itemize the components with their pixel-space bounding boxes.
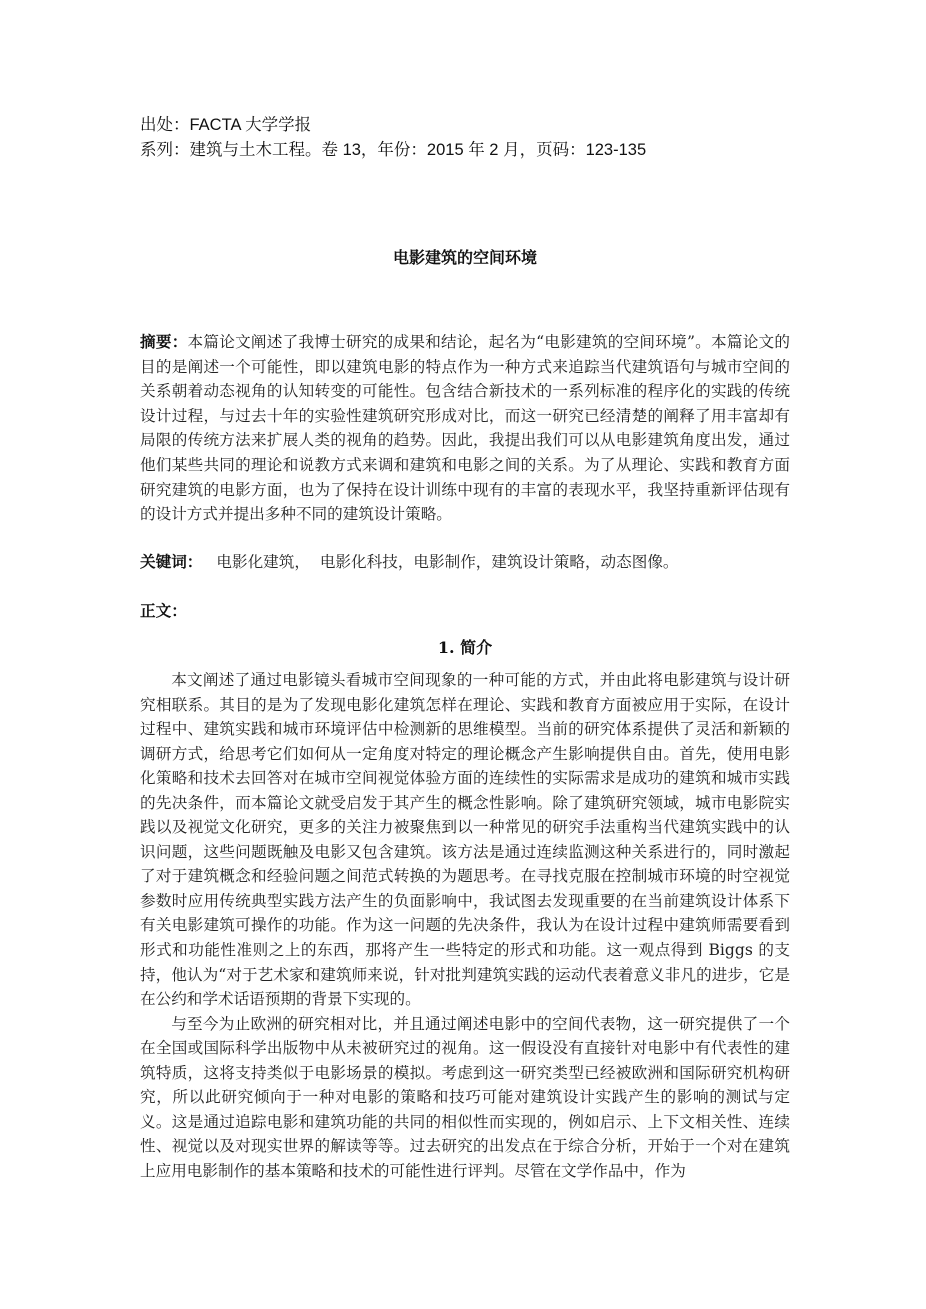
paragraph: 与至今为止欧洲的研究相对比，并且通过阐述电影中的空间代表物，这一研究提供了一个在… bbox=[140, 1012, 790, 1184]
source-info: 出处：FACTA 大学学报 系列：建筑与土木工程。卷 13，年份：2015 年 … bbox=[140, 113, 646, 163]
source-journal: 出处：FACTA 大学学报 bbox=[140, 113, 646, 138]
body-text: 本文阐述了通过电影镜头看城市空间现象的一种可能的方式，并由此将电影建筑与设计研究… bbox=[140, 668, 790, 1183]
keywords-text: 电影化建筑， 电影化科技，电影制作，建筑设计策略，动态图像。 bbox=[216, 553, 678, 571]
keywords: 关键词：电影化建筑， 电影化科技，电影制作，建筑设计策略，动态图像。 bbox=[140, 550, 790, 574]
abstract-label: 摘要： bbox=[140, 333, 188, 351]
section-heading: 1. 简介 bbox=[140, 636, 790, 660]
paragraph: 本文阐述了通过电影镜头看城市空间现象的一种可能的方式，并由此将电影建筑与设计研究… bbox=[140, 668, 790, 1012]
body-label: 正文： bbox=[140, 599, 187, 623]
abstract: 摘要：本篇论文阐述了我博士研究的成果和结论，起名为“电影建筑的空间环境”。本篇论… bbox=[140, 330, 790, 527]
paper-title: 电影建筑的空间环境 bbox=[140, 246, 790, 270]
keywords-label: 关键词： bbox=[140, 553, 202, 571]
abstract-text: 本篇论文阐述了我博士研究的成果和结论，起名为“电影建筑的空间环境”。本篇论文的目… bbox=[140, 333, 790, 523]
source-series: 系列：建筑与土木工程。卷 13，年份：2015 年 2 月，页码：123-135 bbox=[140, 138, 646, 163]
